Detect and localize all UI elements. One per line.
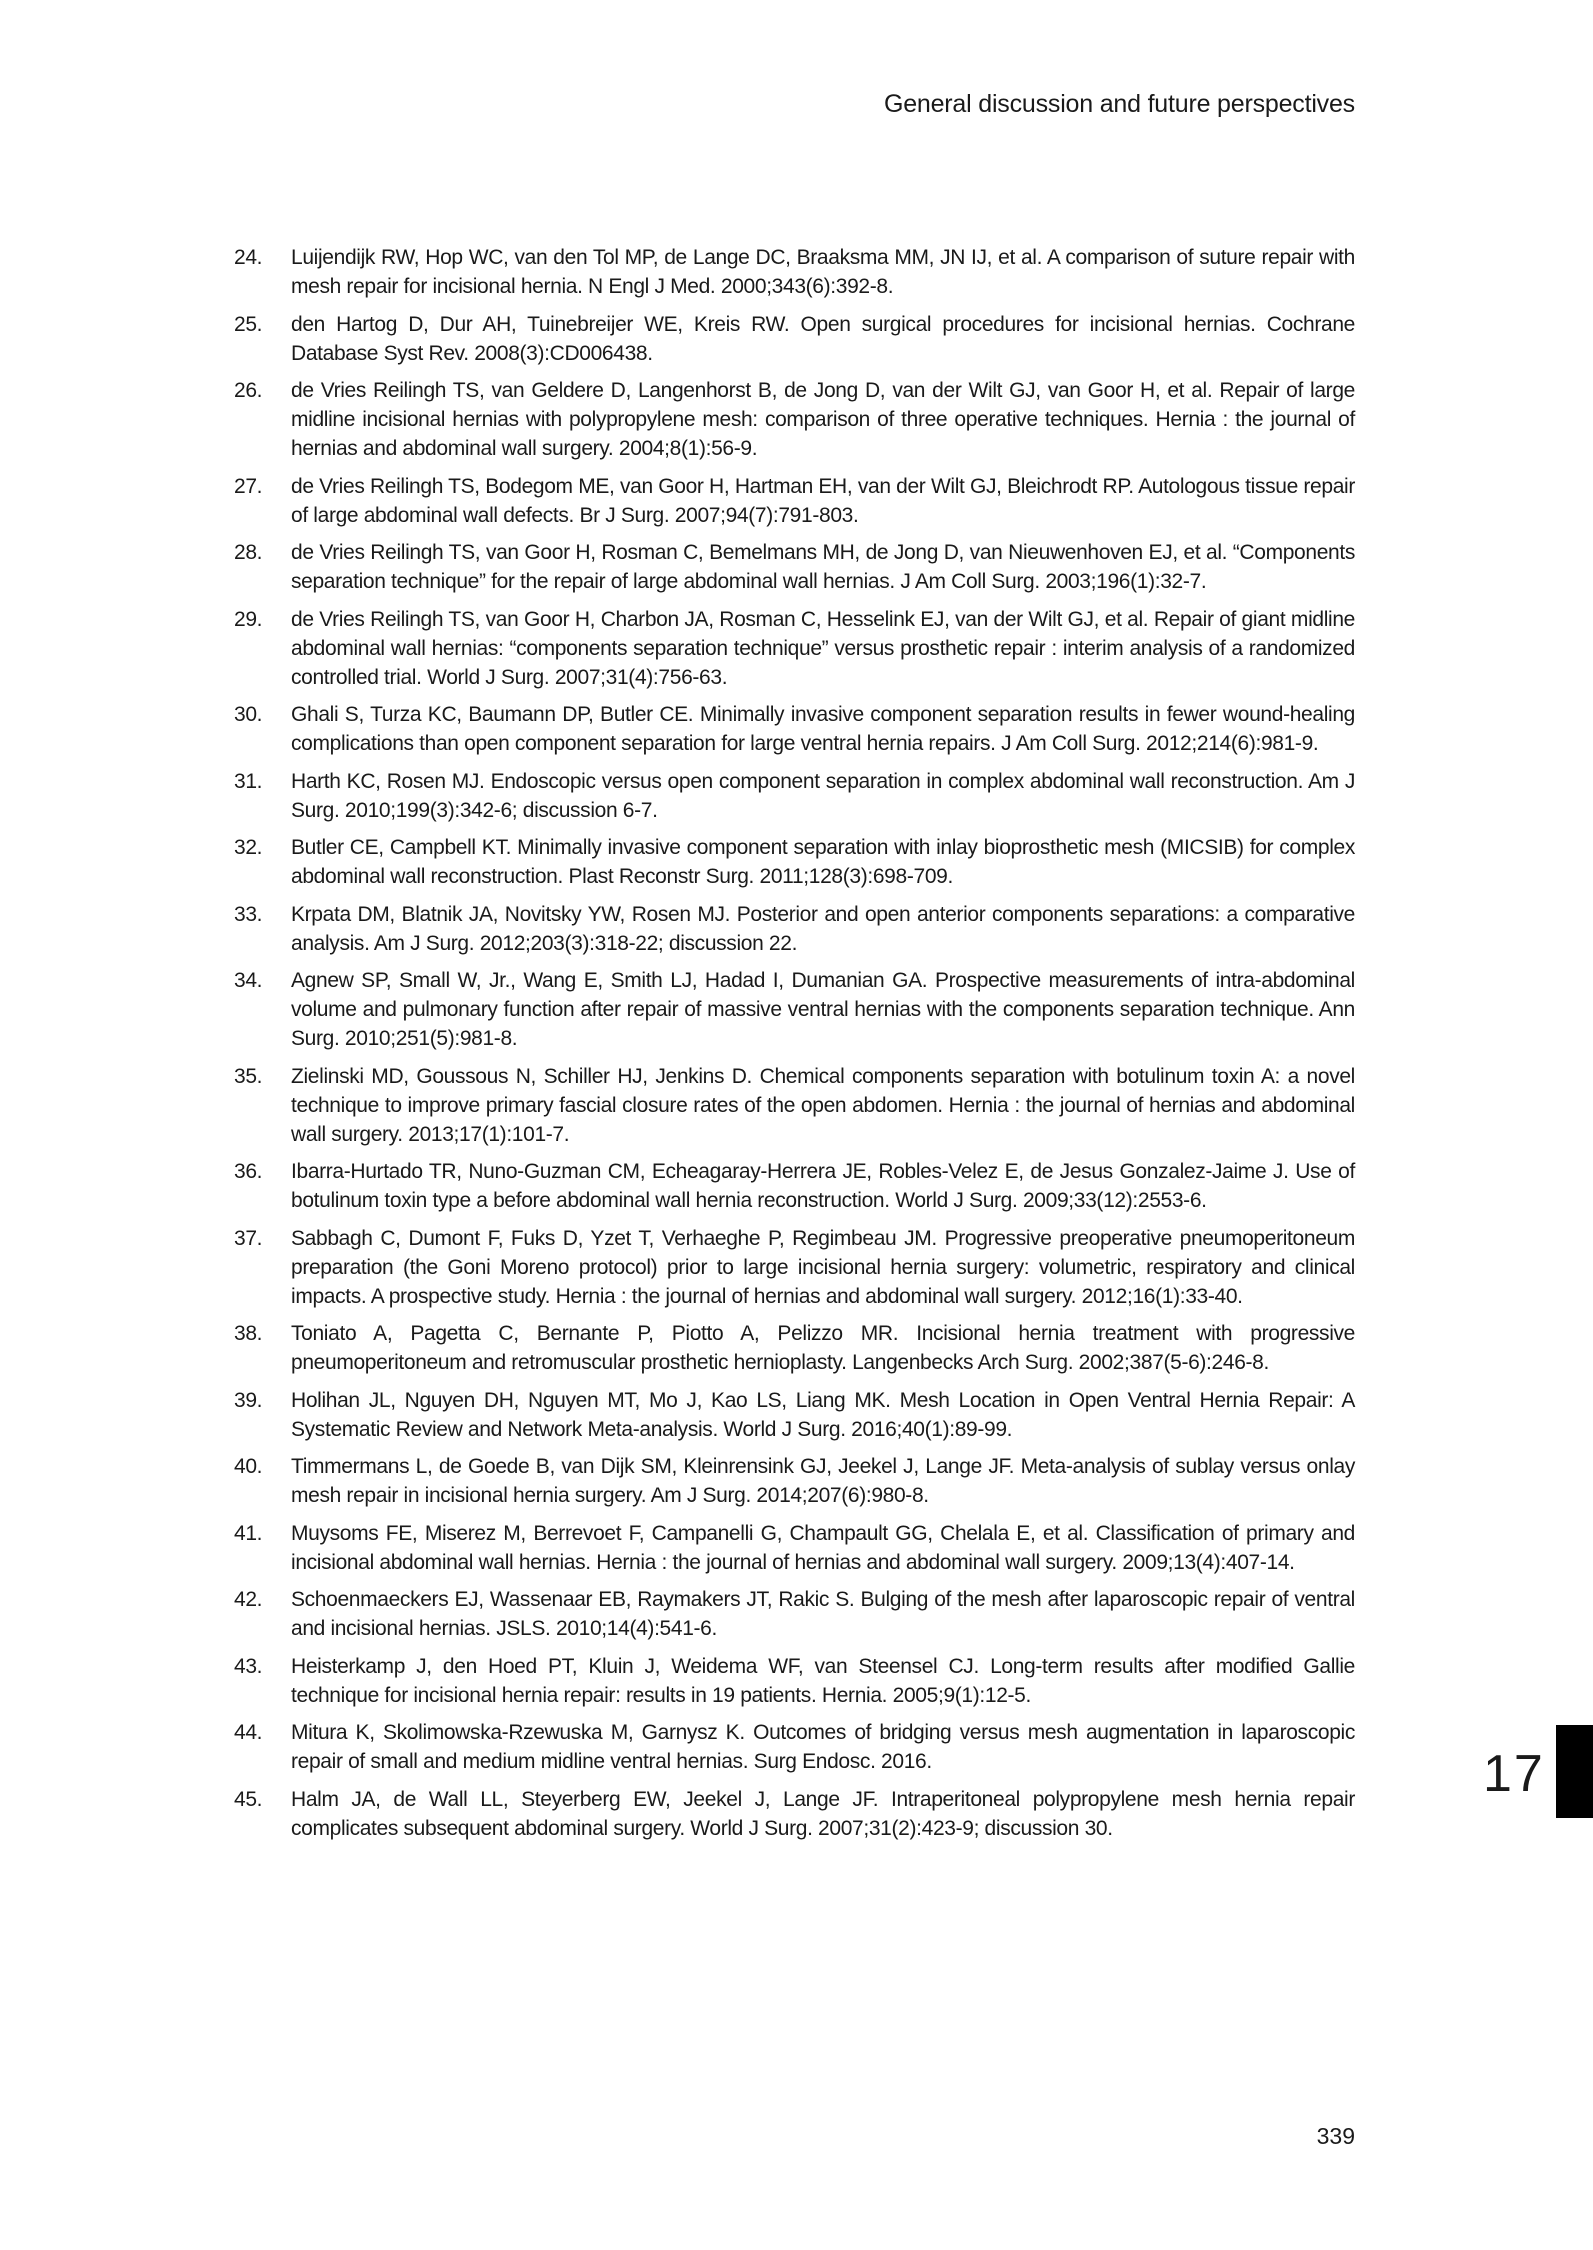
reference-text: den Hartog D, Dur AH, Tuinebreijer WE, K… — [291, 310, 1355, 368]
reference-text: Butler CE, Campbell KT. Minimally invasi… — [291, 833, 1355, 891]
reference-item: 32.Butler CE, Campbell KT. Minimally inv… — [234, 833, 1355, 891]
reference-number: 41. — [234, 1519, 291, 1577]
reference-text: de Vries Reilingh TS, van Goor H, Rosman… — [291, 538, 1355, 596]
reference-text: Ibarra-Hurtado TR, Nuno-Guzman CM, Echea… — [291, 1157, 1355, 1215]
reference-text: Krpata DM, Blatnik JA, Novitsky YW, Rose… — [291, 900, 1355, 958]
reference-number: 31. — [234, 767, 291, 825]
reference-text: Muysoms FE, Miserez M, Berrevoet F, Camp… — [291, 1519, 1355, 1577]
reference-item: 29.de Vries Reilingh TS, van Goor H, Cha… — [234, 605, 1355, 692]
reference-text: Mitura K, Skolimowska-Rzewuska M, Garnys… — [291, 1718, 1355, 1776]
reference-item: 37.Sabbagh C, Dumont F, Fuks D, Yzet T, … — [234, 1224, 1355, 1311]
reference-text: de Vries Reilingh TS, van Geldere D, Lan… — [291, 376, 1355, 463]
chapter-number: 17 — [1483, 1744, 1545, 1804]
reference-item: 36.Ibarra-Hurtado TR, Nuno-Guzman CM, Ec… — [234, 1157, 1355, 1215]
reference-item: 43.Heisterkamp J, den Hoed PT, Kluin J, … — [234, 1652, 1355, 1710]
reference-text: Zielinski MD, Goussous N, Schiller HJ, J… — [291, 1062, 1355, 1149]
reference-item: 44.Mitura K, Skolimowska-Rzewuska M, Gar… — [234, 1718, 1355, 1776]
reference-text: Sabbagh C, Dumont F, Fuks D, Yzet T, Ver… — [291, 1224, 1355, 1311]
reference-number: 35. — [234, 1062, 291, 1149]
reference-number: 26. — [234, 376, 291, 463]
reference-number: 45. — [234, 1785, 291, 1843]
reference-number: 29. — [234, 605, 291, 692]
reference-text: Heisterkamp J, den Hoed PT, Kluin J, Wei… — [291, 1652, 1355, 1710]
reference-item: 25.den Hartog D, Dur AH, Tuinebreijer WE… — [234, 310, 1355, 368]
reference-text: de Vries Reilingh TS, van Goor H, Charbo… — [291, 605, 1355, 692]
running-header: General discussion and future perspectiv… — [884, 90, 1355, 119]
reference-item: 42.Schoenmaeckers EJ, Wassenaar EB, Raym… — [234, 1585, 1355, 1643]
reference-number: 36. — [234, 1157, 291, 1215]
reference-text: Halm JA, de Wall LL, Steyerberg EW, Jeek… — [291, 1785, 1355, 1843]
reference-text: Toniato A, Pagetta C, Bernante P, Piotto… — [291, 1319, 1355, 1377]
reference-item: 41.Muysoms FE, Miserez M, Berrevoet F, C… — [234, 1519, 1355, 1577]
reference-item: 40.Timmermans L, de Goede B, van Dijk SM… — [234, 1452, 1355, 1510]
reference-number: 38. — [234, 1319, 291, 1377]
reference-number: 42. — [234, 1585, 291, 1643]
reference-number: 40. — [234, 1452, 291, 1510]
reference-item: 30.Ghali S, Turza KC, Baumann DP, Butler… — [234, 700, 1355, 758]
chapter-thumb-tab — [1556, 1725, 1593, 1818]
reference-text: Timmermans L, de Goede B, van Dijk SM, K… — [291, 1452, 1355, 1510]
reference-number: 25. — [234, 310, 291, 368]
reference-number: 33. — [234, 900, 291, 958]
reference-number: 44. — [234, 1718, 291, 1776]
reference-number: 39. — [234, 1386, 291, 1444]
reference-item: 26.de Vries Reilingh TS, van Geldere D, … — [234, 376, 1355, 463]
reference-number: 34. — [234, 966, 291, 1053]
reference-text: Schoenmaeckers EJ, Wassenaar EB, Raymake… — [291, 1585, 1355, 1643]
reference-item: 38.Toniato A, Pagetta C, Bernante P, Pio… — [234, 1319, 1355, 1377]
reference-item: 28.de Vries Reilingh TS, van Goor H, Ros… — [234, 538, 1355, 596]
reference-number: 27. — [234, 472, 291, 530]
reference-item: 27.de Vries Reilingh TS, Bodegom ME, van… — [234, 472, 1355, 530]
reference-item: 39.Holihan JL, Nguyen DH, Nguyen MT, Mo … — [234, 1386, 1355, 1444]
reference-number: 32. — [234, 833, 291, 891]
reference-item: 34.Agnew SP, Small W, Jr., Wang E, Smith… — [234, 966, 1355, 1053]
reference-item: 24.Luijendijk RW, Hop WC, van den Tol MP… — [234, 243, 1355, 301]
reference-text: Ghali S, Turza KC, Baumann DP, Butler CE… — [291, 700, 1355, 758]
reference-number: 28. — [234, 538, 291, 596]
reference-item: 45.Halm JA, de Wall LL, Steyerberg EW, J… — [234, 1785, 1355, 1843]
reference-number: 24. — [234, 243, 291, 301]
reference-text: Harth KC, Rosen MJ. Endoscopic versus op… — [291, 767, 1355, 825]
reference-item: 33.Krpata DM, Blatnik JA, Novitsky YW, R… — [234, 900, 1355, 958]
page-number: 339 — [1317, 2123, 1355, 2150]
reference-number: 30. — [234, 700, 291, 758]
reference-text: Agnew SP, Small W, Jr., Wang E, Smith LJ… — [291, 966, 1355, 1053]
reference-list: 24.Luijendijk RW, Hop WC, van den Tol MP… — [234, 243, 1355, 1851]
reference-text: Holihan JL, Nguyen DH, Nguyen MT, Mo J, … — [291, 1386, 1355, 1444]
reference-item: 31.Harth KC, Rosen MJ. Endoscopic versus… — [234, 767, 1355, 825]
reference-number: 43. — [234, 1652, 291, 1710]
reference-number: 37. — [234, 1224, 291, 1311]
reference-text: Luijendijk RW, Hop WC, van den Tol MP, d… — [291, 243, 1355, 301]
reference-item: 35.Zielinski MD, Goussous N, Schiller HJ… — [234, 1062, 1355, 1149]
reference-text: de Vries Reilingh TS, Bodegom ME, van Go… — [291, 472, 1355, 530]
